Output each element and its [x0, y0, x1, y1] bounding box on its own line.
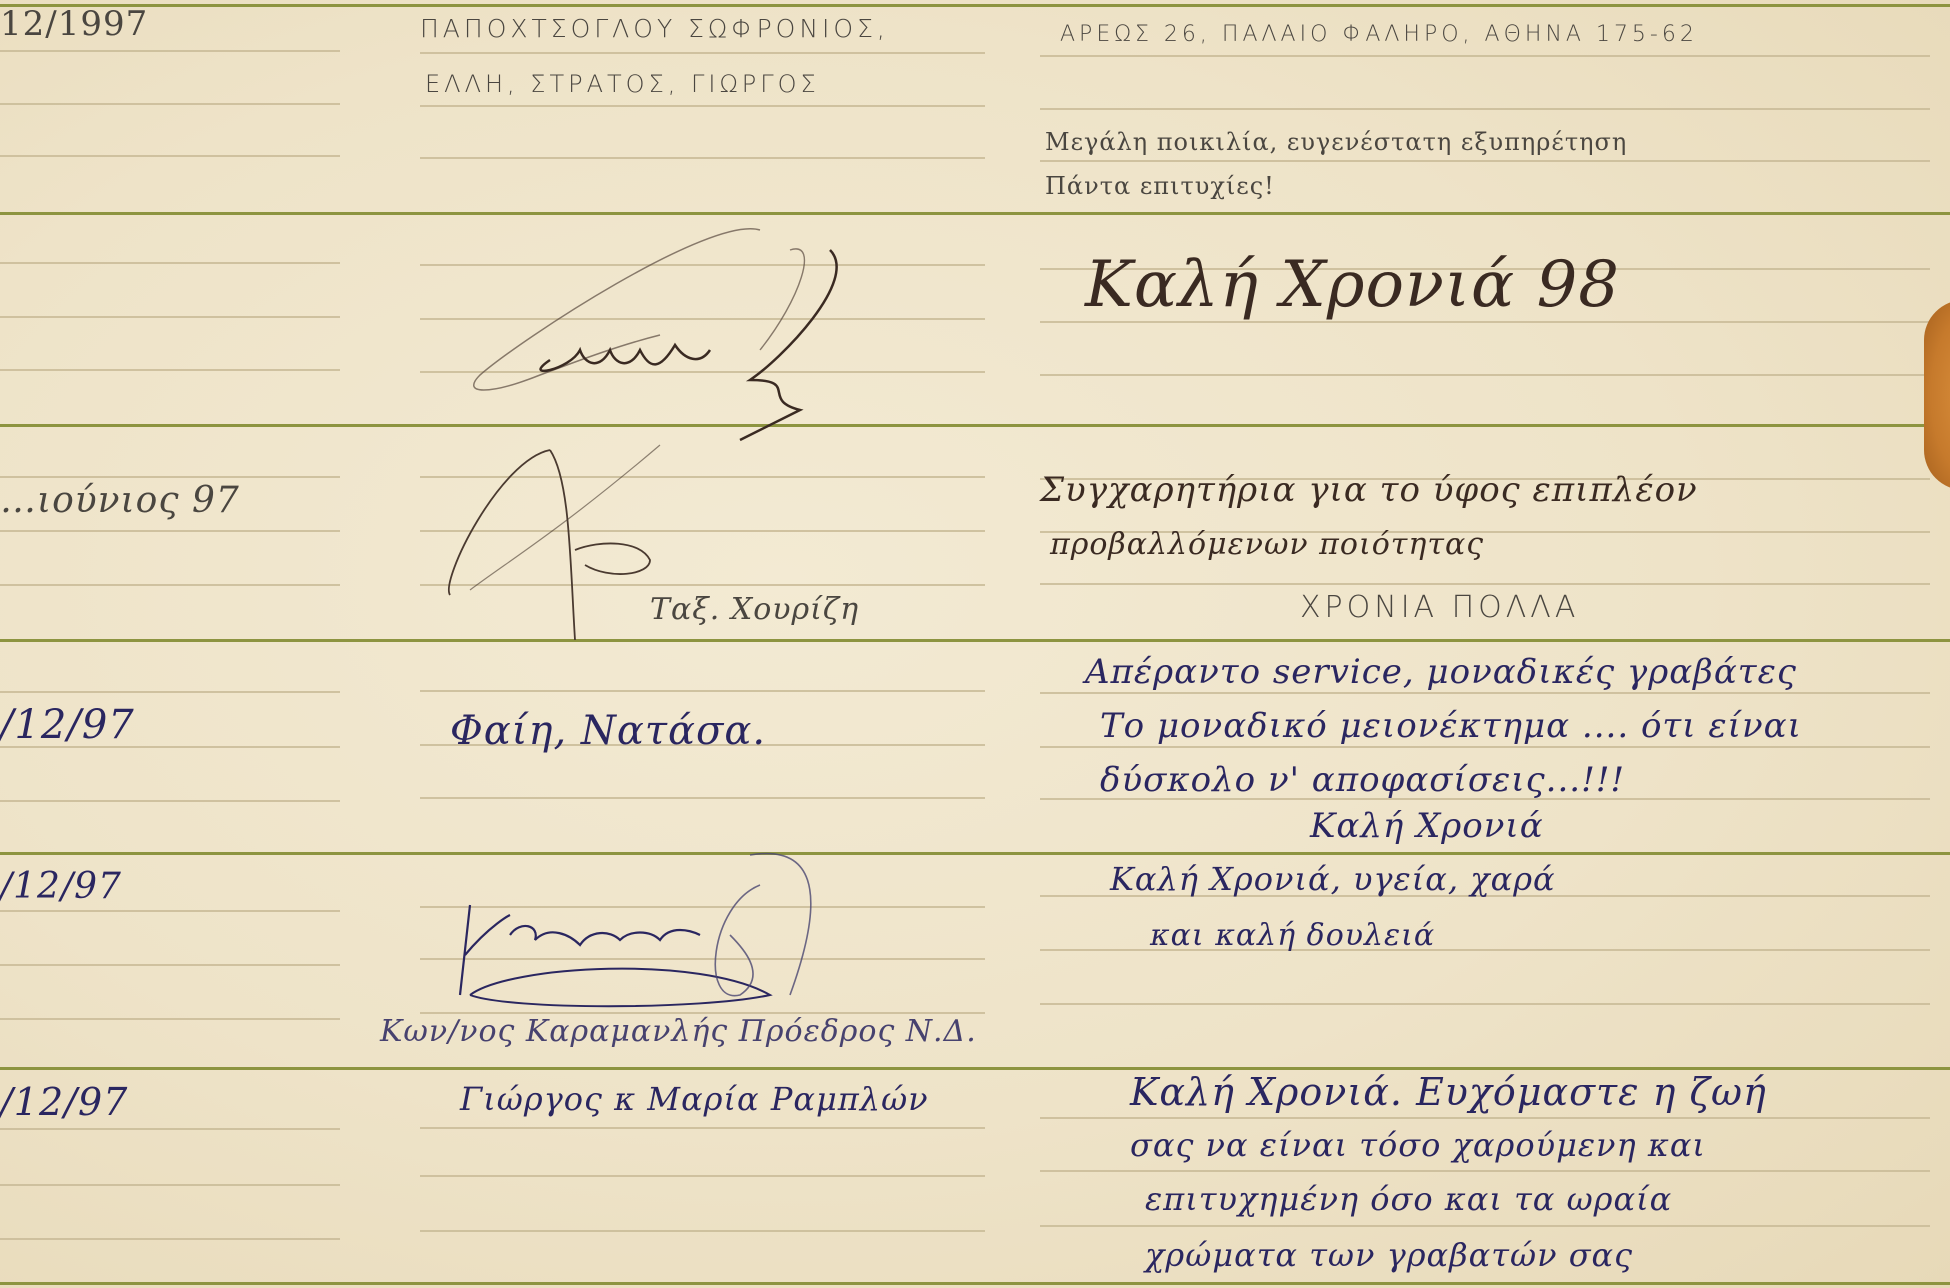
guestbook-page: 12/1997 ΠΑΠΟΧΤΣΟΓΛΟΥ ΣΩΦΡΟΝΙΟΣ, ΕΛΛΗ, ΣΤ…: [0, 0, 1950, 1288]
section-divider: [0, 639, 1950, 642]
entry-message: επιτυχημένη όσο και τα ωραία: [1145, 1180, 1672, 1218]
entry-message: σας να είναι τόσο χαρούμενη και: [1130, 1126, 1706, 1164]
section-divider: [0, 424, 1950, 427]
section-divider: [0, 4, 1950, 7]
entry-message: Καλή Χρονιά. Ευχόμαστε η ζωή: [1130, 1070, 1767, 1114]
section-divider: [0, 852, 1950, 855]
entry-name: Κων/νος Καραμανλής Πρόεδρος Ν.Δ.: [380, 1014, 977, 1049]
entry-message: Συγχαρητήρια για το ύφος επιπλέον: [1040, 470, 1698, 510]
entry-message: Πάντα επιτυχίες!: [1045, 172, 1275, 200]
entry-message: Απέραντο service, μοναδικές γραβάτες: [1085, 652, 1797, 692]
entry-date: /12/97: [0, 1080, 128, 1124]
entry-message: Καλή Χρονιά, υγεία, χαρά: [1110, 860, 1556, 898]
entry-name: ΠΑΠΟΧΤΣΟΓΛΟΥ ΣΩΦΡΟΝΙΟΣ,: [420, 14, 889, 43]
entry-name: Φαίη, Νατάσα.: [450, 708, 766, 754]
entry-name: Ταξ. Χουρίζη: [650, 592, 859, 627]
entry-address: ΑΡΕΩΣ 26, ΠΑΛΑΙΟ ΦΑΛΗΡΟ, ΑΘΗΝΑ 175-62: [1060, 22, 1698, 47]
entry-message: ΧΡΟΝΙΑ ΠΟΛΛΑ: [1300, 590, 1579, 625]
entry-message: χρώματα των γραβατών σας: [1145, 1236, 1633, 1274]
entry-message: Καλή Χρονιά 98: [1085, 248, 1620, 322]
entry-name: ΕΛΛΗ, ΣΤΡΑΤΟΣ, ΓΙΩΡΓΟΣ: [425, 70, 820, 98]
entry-name: Γιώργος κ Μαρία Ραμπλών: [460, 1080, 929, 1118]
entry-message: Το μοναδικό μειονέκτημα .... ότι είναι: [1100, 706, 1802, 746]
entry-message: Καλή Χρονιά: [1310, 806, 1544, 846]
thumb-edge: [1924, 300, 1950, 490]
entry-message: Μεγάλη ποικιλία, ευγενέστατη εξυπηρέτηση: [1045, 128, 1627, 156]
section-divider: [0, 212, 1950, 215]
entry-date: …ιούνιος 97: [0, 480, 240, 521]
entry-message: δύσκολο ν' αποφασίσεις...!!!: [1100, 760, 1625, 800]
entry-message: προβαλλόμενων ποιότητας: [1050, 527, 1484, 562]
entry-date: 12/1997: [0, 4, 148, 44]
entry-date: /12/97: [0, 866, 122, 907]
entry-date: /12/97: [0, 702, 135, 748]
section-divider: [0, 1282, 1950, 1285]
entry-message: και καλή δουλειά: [1150, 918, 1435, 953]
